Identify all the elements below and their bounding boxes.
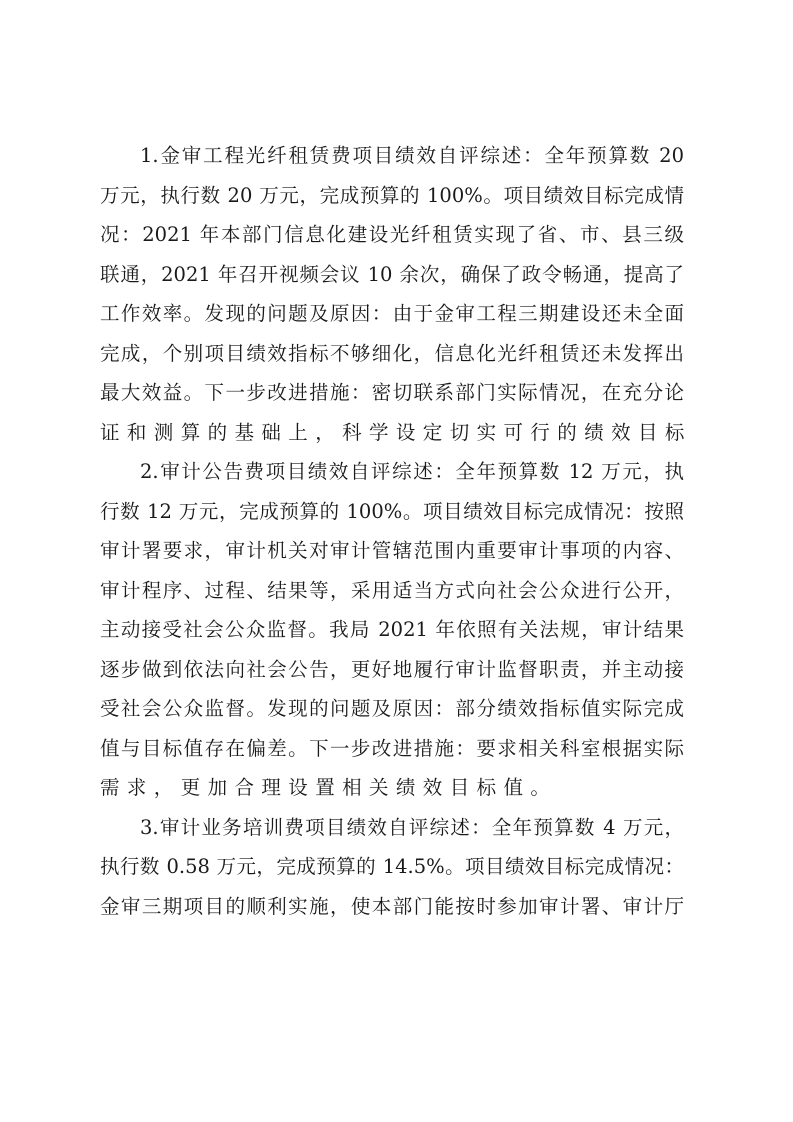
paragraph-line: 万元，执行数 20 万元，完成预算的 100%。项目绩效目标完成情 (100, 176, 684, 216)
paragraph-line: 工作效率。发现的问题及原因：由于金审工程三期建设还未全面 (100, 294, 684, 334)
paragraph-2: 2.审计公告费项目绩效自评综述：全年预算数 12 万元，执 行数 12 万元，完… (100, 452, 684, 808)
paragraph-line: 1.金审工程光纤租赁费项目绩效自评综述：全年预算数 20 (100, 136, 684, 176)
paragraph-line: 受社会公众监督。发现的问题及原因：部分绩效指标值实际完成 (100, 689, 684, 729)
paragraph-line: 完成，个别项目绩效指标不够细化，信息化光纤租赁还未发挥出 (100, 334, 684, 374)
paragraph-line: 联通，2021 年召开视频会议 10 余次，确保了政令畅通，提高了 (100, 255, 684, 295)
paragraph-1: 1.金审工程光纤租赁费项目绩效自评综述：全年预算数 20 万元，执行数 20 万… (100, 136, 684, 452)
paragraph-line: 3.审计业务培训费项目绩效自评综述：全年预算数 4 万元， (100, 808, 684, 848)
paragraph-line: 逐步做到依法向社会公告，更好地履行审计监督职责，并主动接 (100, 650, 684, 690)
paragraph-line: 主动接受社会公众监督。我局 2021 年依照有关法规，审计结果 (100, 610, 684, 650)
paragraph-line: 2.审计公告费项目绩效自评综述：全年预算数 12 万元，执 (100, 452, 684, 492)
paragraph-line: 执行数 0.58 万元，完成预算的 14.5%。项目绩效目标完成情况： (100, 847, 684, 887)
paragraph-line: 金审三期项目的顺利实施，使本部门能按时参加审计署、审计厅 (100, 887, 684, 927)
paragraph-line: 需求，更加合理设置相关绩效目标值。 (100, 768, 684, 808)
paragraph-line: 最大效益。下一步改进措施：密切联系部门实际情况，在充分论 (100, 373, 684, 413)
paragraph-line: 值与目标值存在偏差。下一步改进措施：要求相关科室根据实际 (100, 729, 684, 769)
paragraph-line: 行数 12 万元，完成预算的 100%。项目绩效目标完成情况：按照 (100, 492, 684, 532)
paragraph-line: 审计署要求，审计机关对审计管辖范围内重要审计事项的内容、 (100, 531, 684, 571)
paragraph-line: 审计程序、过程、结果等，采用适当方式向社会公众进行公开， (100, 571, 684, 611)
document-page: 1.金审工程光纤租赁费项目绩效自评综述：全年预算数 20 万元，执行数 20 万… (100, 136, 684, 926)
paragraph-3: 3.审计业务培训费项目绩效自评综述：全年预算数 4 万元， 执行数 0.58 万… (100, 808, 684, 927)
paragraph-line: 证和测算的基础上，科学设定切实可行的绩效目标。 (100, 413, 684, 453)
paragraph-line: 况：2021 年本部门信息化建设光纤租赁实现了省、市、县三级 (100, 215, 684, 255)
